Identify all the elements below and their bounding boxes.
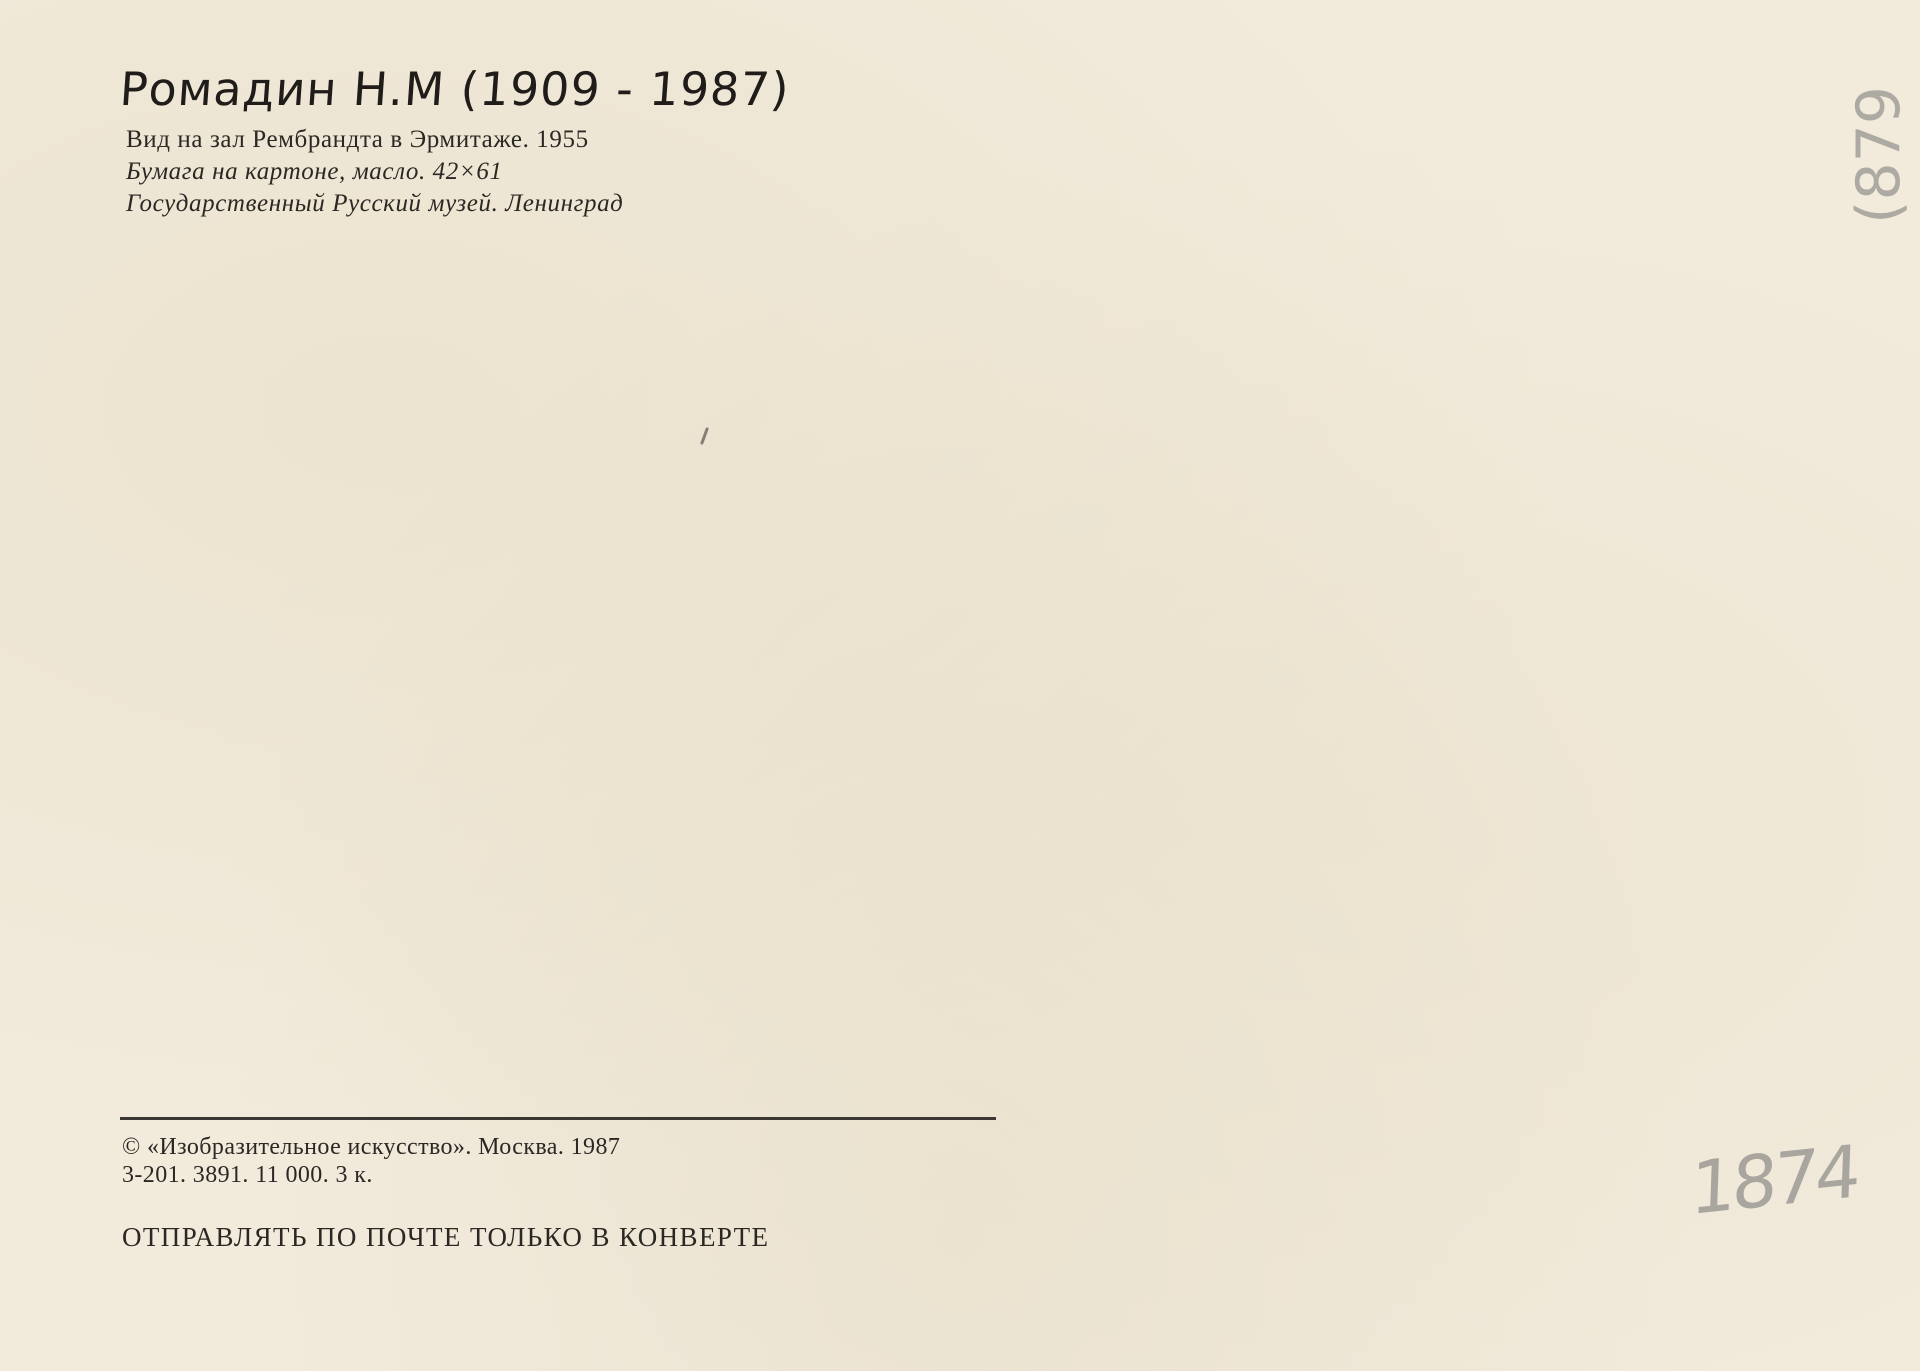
artwork-medium: Бумага на картоне, масло. 42×61 xyxy=(126,156,503,188)
print-info: 3-201. 3891. 11 000. 3 к. xyxy=(122,1161,373,1189)
handwritten-author-note: Ромадин Н.М (1909 - 1987) xyxy=(118,62,791,116)
artwork-collection: Государственный Русский музей. Ленинград xyxy=(126,188,623,220)
pencil-margin-note: (879 xyxy=(1844,86,1914,224)
mail-notice: ОТПРАВЛЯТЬ ПО ПОЧТЕ ТОЛЬКО В КОНВЕРТЕ xyxy=(122,1222,769,1253)
pencil-inventory-number: 1874 xyxy=(1689,1129,1858,1231)
artwork-title: Вид на зал Рембрандта в Эрмитаже. 1955 xyxy=(126,124,589,156)
publisher-copyright: © «Изобразительное искусство». Москва. 1… xyxy=(122,1133,620,1161)
divider-rule xyxy=(120,1117,996,1120)
